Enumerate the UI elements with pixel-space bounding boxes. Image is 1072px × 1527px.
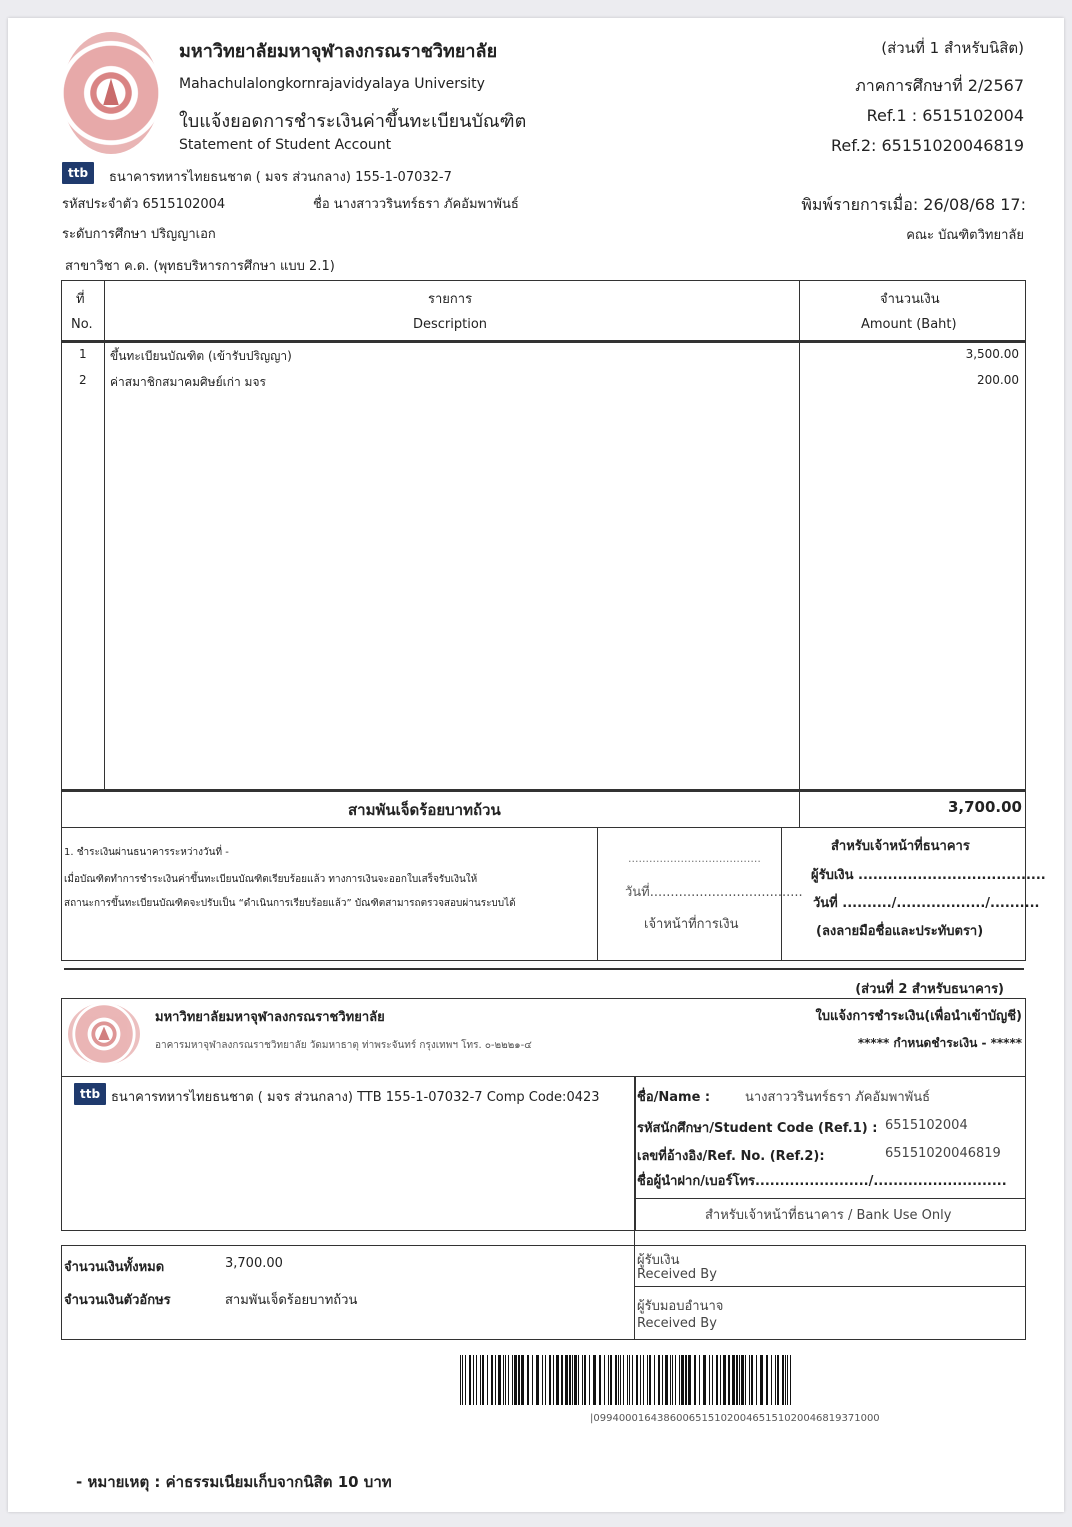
col-desc-en: Description	[413, 317, 487, 332]
remark: - หมายเหตุ : ค่าธรรมเนียมเก็บจากนิสิต 10…	[76, 1470, 392, 1494]
note-line-3: สถานะการขึ้นทะเบียนบัณฑิตจะปรับเป็น “ดำเ…	[64, 896, 516, 911]
faculty: คณะ บัณฑิตวิทยาลัย	[906, 224, 1024, 245]
finance-date: วันที่..................................…	[625, 881, 803, 902]
col-no-th: ที่	[76, 288, 85, 309]
education-level: ระดับการศึกษา ปริญญาเอก	[62, 223, 216, 244]
ref-no-label: เลขที่อ้างอิง/Ref. No. (Ref.2):	[637, 1145, 825, 1166]
university-seal-small-icon	[68, 1003, 140, 1065]
total-amount: 3,700.00	[948, 798, 1022, 816]
ttb-bank-logo-icon: ttb	[62, 162, 94, 184]
row-no: 1	[79, 347, 87, 361]
authorized-en: Received By	[637, 1316, 717, 1331]
total-value: 3,700.00	[225, 1256, 283, 1271]
barcode-text: |099400016438600651510200465151020046819…	[590, 1413, 880, 1424]
part2-university-name: มหาวิทยาลัยมหาจุฬาลงกรณราชวิทยาลัย	[155, 1006, 385, 1027]
document-title-en: Statement of Student Account	[179, 137, 391, 153]
document-title-th: ใบแจ้งยอดการชำระเงินค่าขึ้นทะเบียนบัณฑิต	[179, 106, 526, 135]
bank-receiver-line: ผู้รับเงิน .............................…	[811, 864, 1046, 885]
row-description: ขึ้นทะเบียนบัณฑิต (เข้ารับปริญญา)	[110, 347, 292, 366]
col-desc-th: รายการ	[428, 288, 472, 309]
name-label: ชื่อ/Name :	[637, 1086, 710, 1107]
major: สาขาวิชา ค.ด. (พุทธบริหารการศึกษา แบบ 2.…	[65, 255, 335, 276]
finance-signature-line: ......................................	[628, 852, 761, 865]
student-code-label: รหัสนักศึกษา/Student Code (Ref.1) :	[637, 1117, 877, 1138]
col-amount-th: จำนวนเงิน	[880, 288, 940, 309]
ttb-bank-logo-icon-2: ttb	[74, 1083, 106, 1105]
student-name: ชื่อ นางสาววรินทร์ธรา ภัคอัมพาพันธ์	[313, 193, 519, 214]
row-amount: 3,500.00	[966, 347, 1019, 361]
row-no: 2	[79, 373, 87, 387]
part2-bank-line: ธนาคารทหารไทยธนชาต ( มจร ส่วนกลาง) TTB 1…	[111, 1086, 600, 1107]
student-id: รหัสประจำตัว 6515102004	[62, 193, 225, 214]
depositor-line: ชื่อผู้นำฝาก/เบอร์โทร...................…	[637, 1170, 1007, 1191]
totals-box	[61, 1245, 1026, 1340]
bank-sign-note: (ลงลายมือชื่อและประทับตรา)	[816, 920, 983, 941]
note-line-1: 1. ชำระเงินผ่านธนาคารระหว่างวันที่ -	[64, 845, 229, 860]
name-value: นางสาววรินทร์ธรา ภัคอัมพาพันธ์	[745, 1086, 930, 1107]
statement-page: มหาวิทยาลัยมหาจุฬาลงกรณราชวิทยาลัย Mahac…	[8, 18, 1064, 1512]
bank-officer-title: สำหรับเจ้าหน้าที่ธนาคาร	[831, 835, 970, 856]
row-description: ค่าสมาชิกสมาคมศิษย์เก่า มจร	[110, 373, 266, 392]
bank-date-line: วันที่ ........../................../...…	[813, 892, 1039, 913]
ref2: Ref.2: 65151020046819	[831, 136, 1024, 155]
words-value: สามพันเจ็ดร้อยบาทถ้วน	[225, 1289, 357, 1310]
received-by-en: Received By	[637, 1267, 717, 1282]
part2-label: (ส่วนที่ 2 สำหรับธนาคาร)	[855, 978, 1004, 999]
printed-at: พิมพ์รายการเมื่อ: 26/08/68 17:	[801, 193, 1026, 218]
part-label: (ส่วนที่ 1 สำหรับนิสิต)	[881, 36, 1024, 60]
payment-due: ***** กำหนดชำระเงิน - *****	[858, 1034, 1022, 1053]
student-code-value: 6515102004	[885, 1118, 968, 1133]
col-amount-en: Amount (Baht)	[861, 317, 957, 332]
words-label: จำนวนเงินตัวอักษร	[64, 1289, 171, 1310]
total-in-words: สามพันเจ็ดร้อยบาทถ้วน	[348, 798, 501, 822]
university-name-th: มหาวิทยาลัยมหาจุฬาลงกรณราชวิทยาลัย	[179, 36, 497, 65]
finance-officer-label: เจ้าหน้าที่การเงิน	[644, 913, 739, 934]
university-name-en: Mahachulalongkornrajavidyalaya Universit…	[179, 76, 485, 92]
note-line-2: เมื่อบัณฑิตทำการชำระเงินค่าขึ้นทะเบียนบั…	[64, 872, 477, 887]
bank-use-only: สำหรับเจ้าหน้าที่ธนาคาร / Bank Use Only	[705, 1204, 951, 1225]
university-seal-icon	[62, 32, 160, 154]
ref1: Ref.1 : 6515102004	[867, 106, 1024, 125]
payment-form-title: ใบแจ้งการชำระเงิน(เพื่อนำเข้าบัญชี)	[815, 1005, 1022, 1026]
payment-barcode	[460, 1355, 1016, 1405]
semester: ภาคการศึกษาที่ 2/2567	[855, 74, 1024, 99]
bank-account-line: ธนาคารทหารไทยธนชาต ( มจร ส่วนกลาง) 155-1…	[109, 166, 452, 187]
total-label: จำนวนเงินทั้งหมด	[64, 1256, 164, 1277]
col-no-en: No.	[71, 317, 93, 332]
row-amount: 200.00	[977, 373, 1019, 387]
authorized-th: ผู้รับมอบอำนาจ	[637, 1295, 723, 1316]
part2-address: อาคารมหาจุฬาลงกรณราชวิทยาลัย วัดมหาธาตุ …	[155, 1038, 532, 1053]
ref-no-value: 65151020046819	[885, 1146, 1001, 1161]
